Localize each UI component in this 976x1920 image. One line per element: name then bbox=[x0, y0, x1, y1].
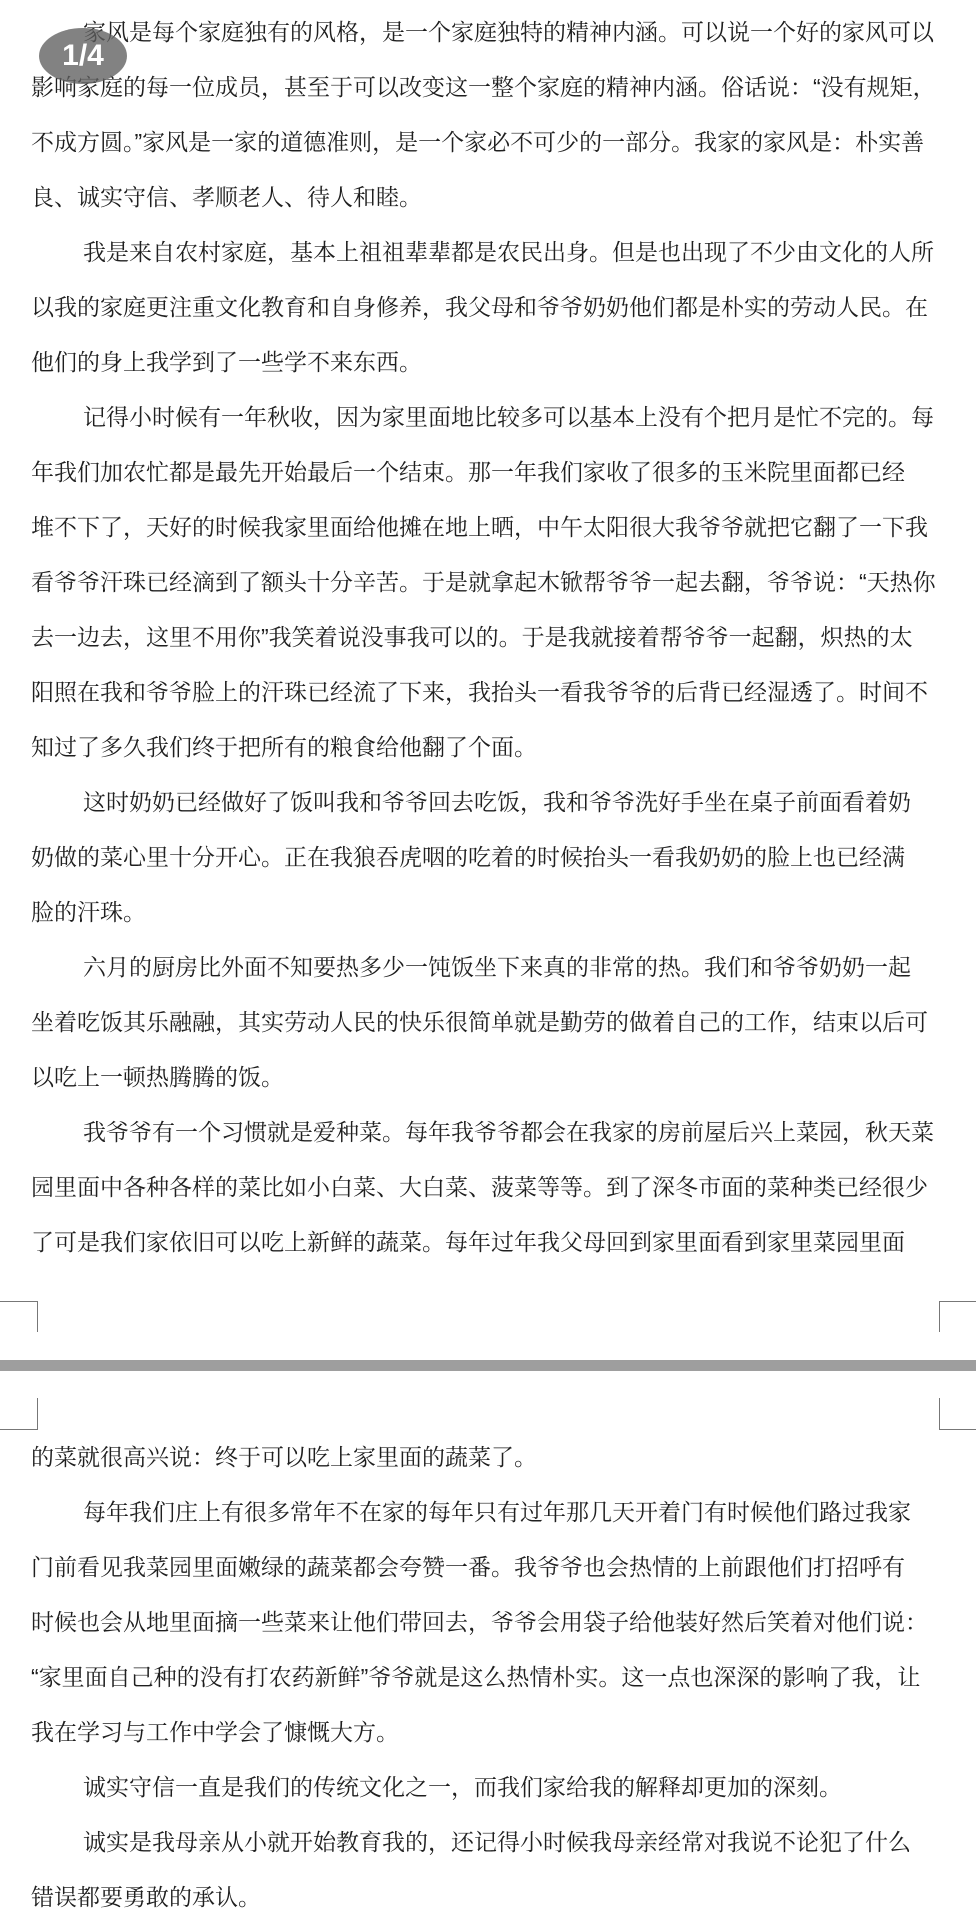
document-page-2: 的菜就很高兴说：终于可以吃上家里面的蔬菜了。 每年我们庄上有很多常年不在家的每年… bbox=[31, 1430, 947, 1920]
text-line: 以吃上一顿热腾腾的饭。 bbox=[31, 1050, 947, 1105]
page-indicator-label: 1/4 bbox=[62, 39, 104, 73]
text-line: “家里面自己种的没有打农药新鲜”爷爷就是这么热情朴实。这一点也深深的影响了我，让 bbox=[31, 1650, 947, 1705]
text-line: 脸的汗珠。 bbox=[31, 885, 947, 940]
text-line: 奶做的菜心里十分开心。正在我狼吞虎咽的吃着的时候抬头一看我奶奶的脸上也已经满 bbox=[31, 830, 947, 885]
text-line: 知过了多久我们终于把所有的粮食给他翻了个面。 bbox=[31, 720, 947, 775]
text-line: 阳照在我和爷爷脸上的汗珠已经流了下来，我抬头一看我爷爷的后背已经湿透了。时间不 bbox=[31, 665, 947, 720]
page-indicator-badge: 1/4 bbox=[39, 28, 127, 84]
text-line: 诚实守信一直是我们的传统文化之一，而我们家给我的解释却更加的深刻。 bbox=[31, 1760, 947, 1815]
text-line: 年我们加农忙都是最先开始最后一个结束。那一年我们家收了很多的玉米院里面都已经 bbox=[31, 445, 947, 500]
text-line: 看爷爷汗珠已经滴到了额头十分辛苦。于是就拿起木锨帮爷爷一起去翻，爷爷说：“天热你 bbox=[31, 555, 947, 610]
page2-top-left-margin-mark bbox=[0, 1398, 38, 1430]
page-divider bbox=[0, 1360, 976, 1371]
text-line: 我爷爷有一个习惯就是爱种菜。每年我爷爷都会在我家的房前屋后兴上菜园，秋天菜 bbox=[31, 1105, 947, 1160]
text-line: 的菜就很高兴说：终于可以吃上家里面的蔬菜了。 bbox=[31, 1430, 947, 1485]
text-line: 诚实是我母亲从小就开始教育我的，还记得小时候我母亲经常对我说不论犯了什么 bbox=[31, 1815, 947, 1870]
text-line: 门前看见我菜园里面嫩绿的蔬菜都会夸赞一番。我爷爷也会热情的上前跟他们打招呼有 bbox=[31, 1540, 947, 1595]
text-line: 他们的身上我学到了一些学不来东西。 bbox=[31, 335, 947, 390]
text-line: 六月的厨房比外面不知要热多少一饨饭坐下来真的非常的热。我们和爷爷奶奶一起 bbox=[31, 940, 947, 995]
text-line: 园里面中各种各样的菜比如小白菜、大白菜、菠菜等等。到了深冬市面的菜种类已经很少 bbox=[31, 1160, 947, 1215]
document-scroll-area[interactable]: 家风是每个家庭独有的风格，是一个家庭独特的精神内涵。可以说一个好的家风可以 影响… bbox=[0, 0, 976, 1920]
text-line: 了可是我们家依旧可以吃上新鲜的蔬菜。每年过年我父母回到家里面看到家里菜园里面 bbox=[31, 1215, 947, 1270]
text-line: 我在学习与工作中学会了慷慨大方。 bbox=[31, 1705, 947, 1760]
page1-bottom-right-margin-mark bbox=[939, 1301, 976, 1332]
page2-top-right-margin-mark bbox=[939, 1398, 976, 1430]
text-line: 每年我们庄上有很多常年不在家的每年只有过年那几天开着门有时候他们路过我家 bbox=[31, 1485, 947, 1540]
text-line: 坐着吃饭其乐融融，其实劳动人民的快乐很简单就是勤劳的做着自己的工作，结束以后可 bbox=[31, 995, 947, 1050]
document-page-1: 家风是每个家庭独有的风格，是一个家庭独特的精神内涵。可以说一个好的家风可以 影响… bbox=[31, 5, 947, 1270]
text-line: 不成方圆。”家风是一家的道德准则，是一个家必不可少的一部分。我家的家风是：朴实善 bbox=[31, 115, 947, 170]
text-line: 错误都要勇敢的承认。 bbox=[31, 1870, 947, 1920]
text-line: 时候也会从地里面摘一些菜来让他们带回去，爷爷会用袋子给他装好然后笑着对他们说： bbox=[31, 1595, 947, 1650]
text-line: 堆不下了，天好的时候我家里面给他摊在地上晒，中午太阳很大我爷爷就把它翻了一下我 bbox=[31, 500, 947, 555]
text-line: 去一边去，这里不用你”我笑着说没事我可以的。于是我就接着帮爷爷一起翻，炽热的太 bbox=[31, 610, 947, 665]
text-line: 家风是每个家庭独有的风格，是一个家庭独特的精神内涵。可以说一个好的家风可以 bbox=[31, 5, 947, 60]
text-line: 影响家庭的每一位成员，甚至于可以改变这一整个家庭的精神内涵。俗话说：“没有规矩， bbox=[31, 60, 947, 115]
text-line: 记得小时候有一年秋收，因为家里面地比较多可以基本上没有个把月是忙不完的。每 bbox=[31, 390, 947, 445]
text-line: 以我的家庭更注重文化教育和自身修养，我父母和爷爷奶奶他们都是朴实的劳动人民。在 bbox=[31, 280, 947, 335]
page1-bottom-left-margin-mark bbox=[0, 1301, 38, 1332]
text-line: 我是来自农村家庭，基本上祖祖辈辈都是农民出身。但是也出现了不少由文化的人所 bbox=[31, 225, 947, 280]
text-line: 这时奶奶已经做好了饭叫我和爷爷回去吃饭，我和爷爷洗好手坐在桌子前面看着奶 bbox=[31, 775, 947, 830]
text-line: 良、诚实守信、孝顺老人、待人和睦。 bbox=[31, 170, 947, 225]
